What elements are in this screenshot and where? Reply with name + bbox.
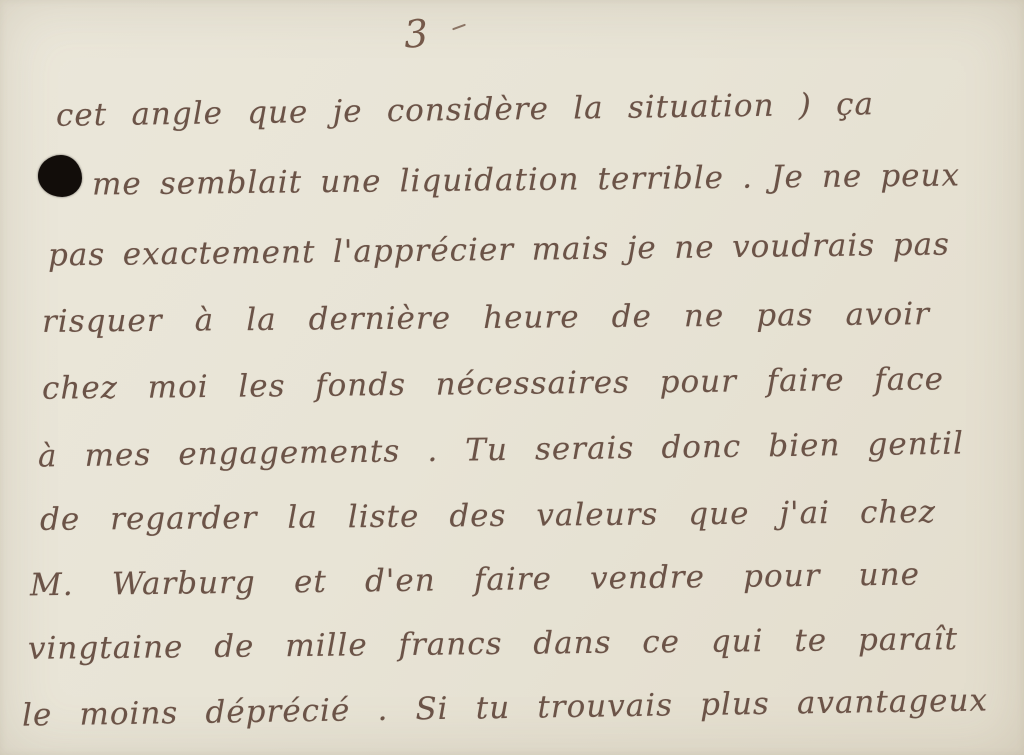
handwritten-line-3: pas exactement l'apprécier mais je ne vo…	[48, 226, 950, 273]
handwritten-line-1: cet angle que je considère la situation …	[56, 86, 874, 133]
handwritten-line-2: me semblait une liquidation terrible . J…	[92, 157, 960, 202]
handwritten-line-8: M. Warburg et d'en faire vendre pour une	[30, 557, 920, 604]
pen-mark	[452, 24, 466, 31]
handwritten-line-6: à mes engagements . Tu serais donc bien …	[38, 426, 964, 475]
ink-blot	[38, 155, 82, 197]
letter-page: 3 cet angle que je considère la situatio…	[0, 0, 1024, 755]
handwritten-line-10: le moins déprécié . Si tu trouvais plus …	[22, 682, 988, 733]
handwritten-line-9: vingtaine de mille francs dans ce qui te…	[28, 621, 958, 667]
handwritten-line-7: de regarder la liste des valeurs que j'a…	[40, 494, 936, 538]
handwritten-line-5: chez moi les fonds nécessaires pour fair…	[42, 361, 944, 406]
handwritten-line-4: risquer à la dernière heure de ne pas av…	[42, 296, 930, 340]
page-number: 3	[402, 11, 429, 57]
